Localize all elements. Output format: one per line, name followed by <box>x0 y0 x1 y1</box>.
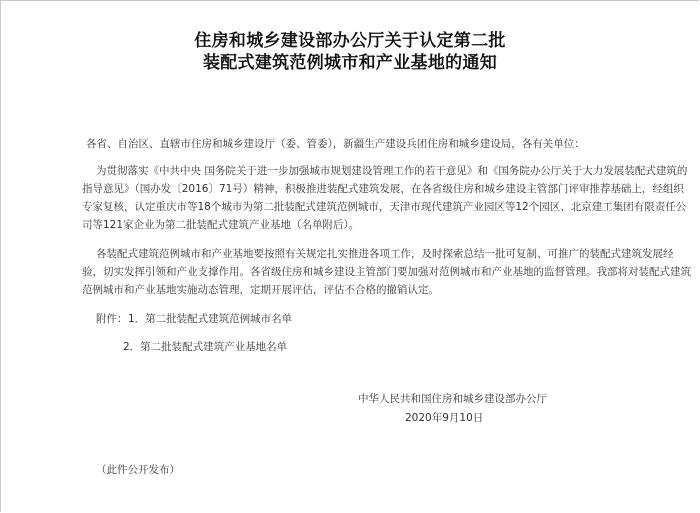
paragraph-1-line-1: 为贯彻落实《中共中央 国务院关于进一步加强城市规划建设管理工作的若干意见》和《国… <box>96 165 687 178</box>
attachment-item-2: 2．第二批装配式建筑产业基地名单 <box>123 341 287 354</box>
paragraph-2-line-3: 范例城市和产业基地实施动态管理，定期开展评估，评估不合格的撤销认定。 <box>82 284 439 297</box>
salutation: 各省、自治区、直辖市住房和城乡建设厅（委、管委），新疆生产建设兵团住房和城乡建设… <box>86 138 585 151</box>
attachment-item-1: 1．第二批装配式建筑范例城市名单 <box>128 313 292 326</box>
publication-note: （此件公开发布） <box>96 464 180 477</box>
issuer: 中华人民共和国住房和城乡建设部办公厅 <box>358 393 547 406</box>
document-title-line-2: 装配式建筑范例城市和产业基地的通知 <box>0 48 700 73</box>
attachments-label: 附件： <box>96 313 128 326</box>
paragraph-1-line-2: 指导意见》（国办发〔2016〕71号）精神，积极推进装配式建筑发展，在各省级住房… <box>82 183 684 196</box>
paragraph-2-line-2: 验，切实发挥引领和产业支撑作用。各省级住房和城乡建设主管部门要加强对范例城市和产… <box>82 266 691 279</box>
paragraph-1-line-3: 专家复核，认定重庆市等18个城市为第二批装配式建筑范例城市，天津市现代建筑产业园… <box>82 201 686 214</box>
paragraph-2-line-1: 各装配式建筑范例城市和产业基地要按照有关规定扎实推进各项工作，及时探索总结一批可… <box>96 248 674 261</box>
paragraph-1-line-4: 司等121家企业为第二批装配式建筑产业基地（名单附后）。 <box>82 219 359 232</box>
issue-date: 2020年9月10日 <box>405 412 483 425</box>
